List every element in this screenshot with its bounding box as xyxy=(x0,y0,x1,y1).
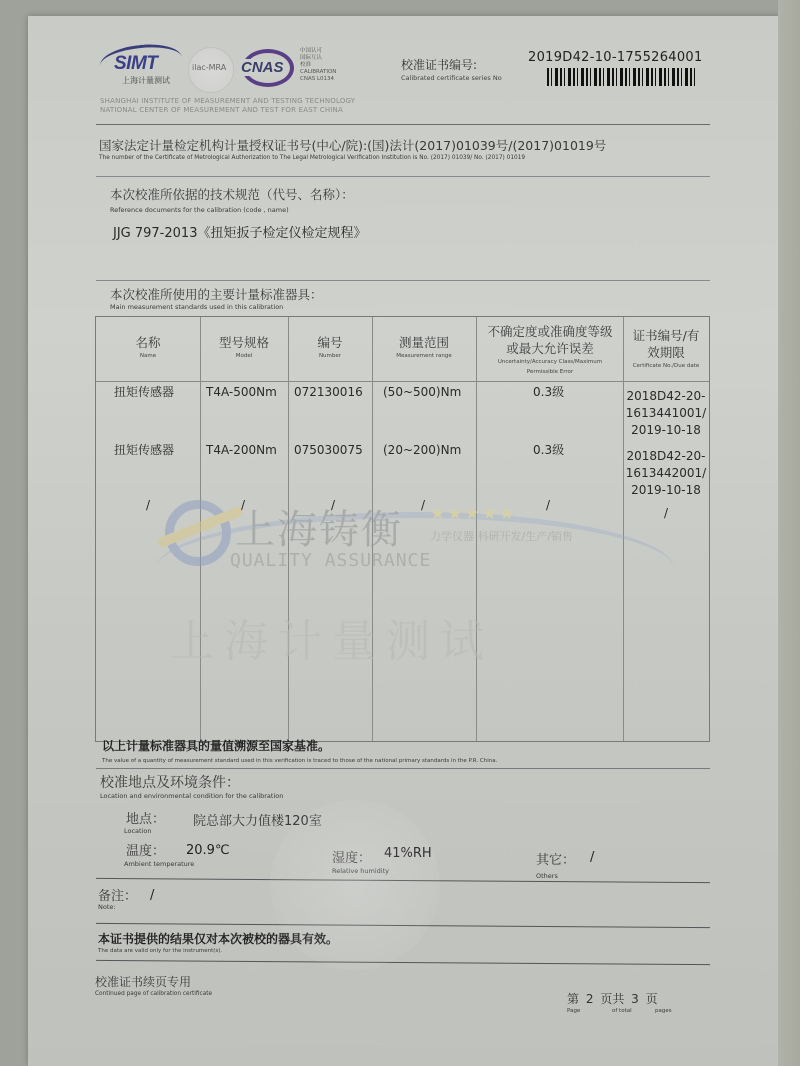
cnas-side-line: CNAS L0134 xyxy=(300,76,336,83)
page-indicator: 第 2 页共 3 页 xyxy=(567,990,658,1007)
page-total: 3 xyxy=(631,992,639,1006)
cnas-side-line: 校准 xyxy=(300,62,336,69)
cell-cert-line: 2019-10-18 xyxy=(623,422,709,439)
reference-heading-en: Reference documents for the calibration … xyxy=(110,206,289,214)
column-header-zh: 测量范围 xyxy=(372,335,476,351)
page-prefix: 第 xyxy=(567,992,579,1006)
cell-cert-line: 2019-10-18 xyxy=(623,482,709,499)
page-current: 2 xyxy=(586,992,594,1006)
environment-heading-en: Location and environmental condition for… xyxy=(100,792,283,800)
barcode xyxy=(547,68,697,86)
institute-name-line-1: SHANGHAI INSTITUTE OF MEASUREMENT AND TE… xyxy=(100,97,355,106)
cnas-logo: CNAS xyxy=(242,49,294,87)
simt-logo-text: SIMT xyxy=(114,53,157,75)
temperature-label-en: Ambient temperature xyxy=(124,860,194,868)
cnas-side-line: 中国认可 xyxy=(300,48,336,55)
cell-accuracy: 0.3级 xyxy=(533,384,564,401)
column-header-en: Uncertainty/Accuracy Class/Maximum Permi… xyxy=(482,357,618,377)
authorization-en: The number of the Certificate of Metrolo… xyxy=(99,155,525,161)
cell-cert-line: 2018D42-20- xyxy=(623,448,709,465)
temperature-value: 20.9℃ xyxy=(186,843,230,858)
cell-cert: 2018D42-20- 1613441001/ 2019-10-18 xyxy=(623,388,709,439)
footer-continued-page-en: Continued page of calibration certificat… xyxy=(95,991,212,997)
traceability-en: The value of a quantity of measurement s… xyxy=(102,758,497,764)
background-watermark: 上海计量测试 xyxy=(170,605,494,669)
cell-name: / xyxy=(146,497,150,514)
temperature-label: 温度： xyxy=(126,840,165,859)
note-label-en: Note: xyxy=(98,903,116,911)
cert-no-label: 校准证书编号: xyxy=(401,56,477,73)
cell-range: / xyxy=(421,497,425,514)
cell-model: / xyxy=(241,497,245,514)
column-header-zh: 编号 xyxy=(288,335,372,351)
cell-cert-line: 1613442001/ xyxy=(623,465,709,482)
cert-no-value: 2019D42-10-1755264001 xyxy=(528,50,703,65)
column-header-accuracy: 不确定度或准确度等级或最大允许误差 Uncertainty/Accuracy C… xyxy=(482,317,618,387)
standards-table: 名称 Name 型号规格 Model 编号 Number 测量范围 Measur… xyxy=(95,316,710,742)
background-edge xyxy=(778,0,800,1066)
reference-heading-zh: 本次校准所依据的技术规范（代号、名称）： xyxy=(110,185,354,203)
cell-accuracy: / xyxy=(546,497,550,514)
cell-range: (20~200)Nm xyxy=(383,442,461,459)
institute-name: SHANGHAI INSTITUTE OF MEASUREMENT AND TE… xyxy=(100,97,355,115)
ilac-mra-logo: ilac-MRA xyxy=(188,47,234,93)
environment-heading-zh: 校准地点及环境条件： xyxy=(100,772,240,792)
of-total-en-label: of total xyxy=(612,1008,632,1014)
standards-heading-zh: 本次校准所使用的主要计量标准器具： xyxy=(110,285,323,303)
column-header-zh: 型号规格 xyxy=(200,335,288,351)
cell-number: 075030075 xyxy=(294,442,363,459)
cell-cert: / xyxy=(664,505,668,522)
location-label-en: Location xyxy=(124,827,152,835)
note-label: 备注： xyxy=(98,885,137,904)
others-value: / xyxy=(590,850,594,865)
traceability-zh: 以上计量标准器具的量值溯源至国家基准。 xyxy=(102,737,330,754)
cell-name: 扭矩传感器 xyxy=(114,384,174,401)
ilac-mra-text: ilac-MRA xyxy=(192,63,226,72)
reference-value: JJG 797-2013《扭矩扳子检定仪检定规程》 xyxy=(113,222,366,241)
cell-range: (50~500)Nm xyxy=(383,384,461,401)
cnas-logo-text: CNAS xyxy=(240,59,285,76)
authorization-zh: 国家法定计量检定机构计量授权证书号(中心/院):(国)法计(2017)01039… xyxy=(99,136,606,154)
standards-heading-en: Main measurement standards used in this … xyxy=(110,303,283,311)
others-label-en: Others xyxy=(536,872,558,880)
divider xyxy=(96,768,710,769)
embossed-seal xyxy=(270,800,440,970)
column-header-en: Name xyxy=(96,351,200,361)
location-label: 地点： xyxy=(126,808,165,827)
cell-number: / xyxy=(331,497,335,514)
institute-name-line-2: NATIONAL CENTER OF MEASUREMENT AND TEST … xyxy=(100,106,355,115)
cell-model: T4A-500Nm xyxy=(206,384,277,401)
cell-cert-line: 2018D42-20- xyxy=(623,388,709,405)
column-header-en: Certificate No./Due date xyxy=(629,361,703,371)
page-suffix: 页 xyxy=(646,992,658,1006)
divider xyxy=(96,280,710,281)
cnas-side-line: 国际互认 xyxy=(300,55,336,62)
cell-name: 扭矩传感器 xyxy=(114,442,174,459)
validity-statement-en: The data are valid only for the instrume… xyxy=(98,948,222,954)
page-en-label: Page xyxy=(567,1008,580,1014)
cell-cert: 2018D42-20- 1613442001/ 2019-10-18 xyxy=(623,448,709,499)
note-value: / xyxy=(150,888,154,903)
others-label: 其它： xyxy=(536,849,575,868)
cnas-side-text: 中国认可 国际互认 校准 CALIBRATION CNAS L0134 xyxy=(300,48,336,83)
divider xyxy=(96,124,710,125)
column-header-en: Number xyxy=(288,351,372,361)
page-mid: 页共 xyxy=(600,992,624,1006)
divider xyxy=(96,176,710,177)
column-header-zh: 证书编号/有效期限 xyxy=(629,327,703,361)
cell-model: T4A-200Nm xyxy=(206,442,277,459)
column-header-en: Model xyxy=(200,351,288,361)
cell-number: 072130016 xyxy=(294,384,363,401)
cell-cert-line: 1613441001/ xyxy=(623,405,709,422)
simt-logo-subtext: 上海计量测试 xyxy=(122,75,170,86)
cert-no-label-en: Calibrated certificate series No xyxy=(401,74,502,82)
footer-continued-page-zh: 校准证书续页专用 xyxy=(95,973,191,990)
cnas-side-line: CALIBRATION xyxy=(300,69,336,76)
pages-en-label: pages xyxy=(655,1008,672,1014)
column-header-cert: 证书编号/有效期限 Certificate No./Due date xyxy=(629,317,703,391)
cell-accuracy: 0.3级 xyxy=(533,442,564,459)
column-header-en: Measurement range xyxy=(372,351,476,361)
column-header-zh: 不确定度或准确度等级或最大允许误差 xyxy=(482,323,618,357)
simt-logo: SIMT 上海计量测试 xyxy=(100,45,182,89)
column-header-zh: 名称 xyxy=(96,335,200,351)
